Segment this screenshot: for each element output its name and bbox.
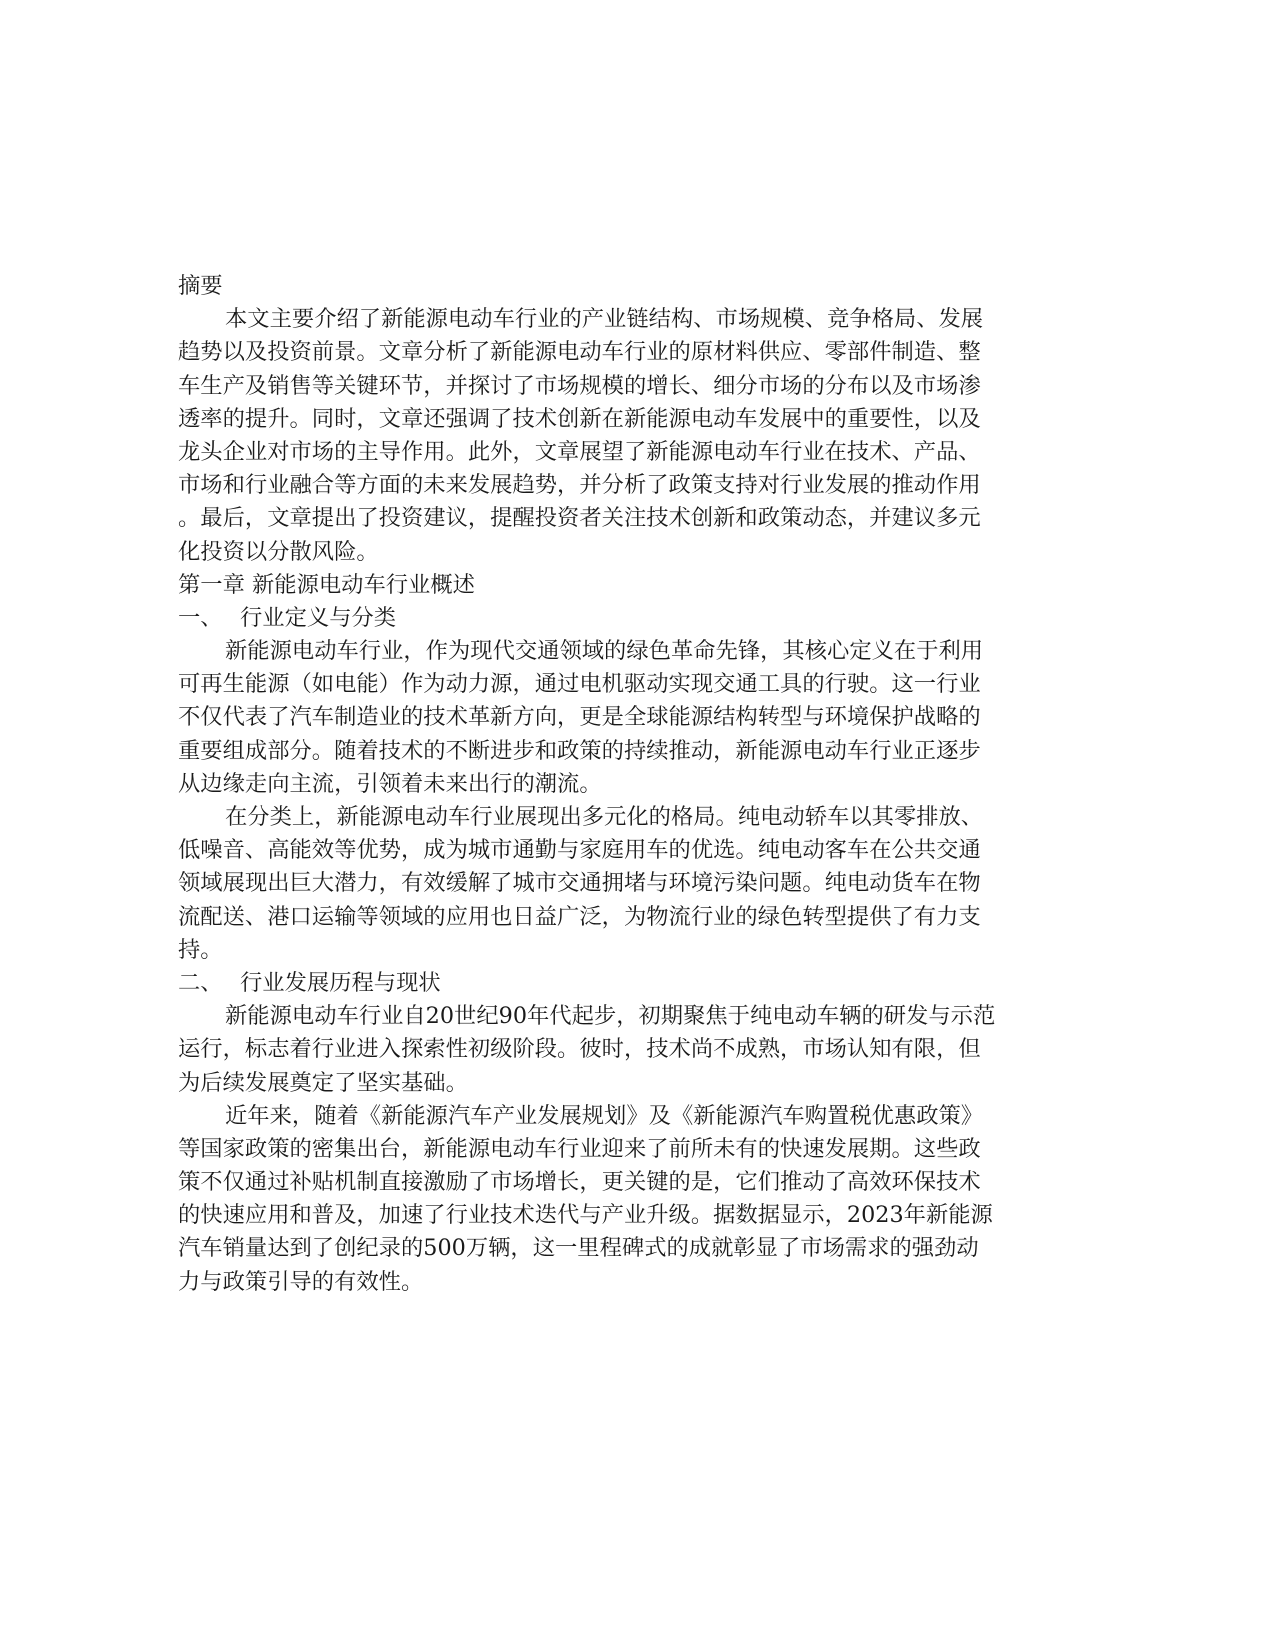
body-paragraph: 近年来，随着《新能源汽车产业发展规划》及《新能源汽车购置税优惠政策》 等国家政策… [178,1100,1038,1299]
text-line: 龙头企业对市场的主导作用。此外，文章展望了新能源电动车行业在技术、产品、 [178,436,1038,469]
text-line: 化投资以分散风险。 [178,536,1038,569]
body-paragraph: 新能源电动车行业自20世纪90年代起步，初期聚焦于纯电动车辆的研发与示范 运行，… [178,1000,1038,1100]
text-line: 车生产及销售等关键环节，并探讨了市场规模的增长、细分市场的分布以及市场渗 [178,370,1038,403]
text-line: 市场和行业融合等方面的未来发展趋势，并分析了政策支持对行业发展的推动作用 [178,469,1038,502]
text-line: 低噪音、高能效等优势，成为城市通勤与家庭用车的优选。纯电动客车在公共交通 [178,834,1038,867]
text-line: 运行，标志着行业进入探索性初级阶段。彼时，技术尚不成熟，市场认知有限，但 [178,1033,1038,1066]
text-line: 为后续发展奠定了坚实基础。 [178,1067,1038,1100]
text-line: 从边缘走向主流，引领着未来出行的潮流。 [178,768,1038,801]
text-line: 领域展现出巨大潜力，有效缓解了城市交通拥堵与环境污染问题。纯电动货车在物 [178,867,1038,900]
section-title: 行业定义与分类 [240,605,396,631]
section-title: 行业发展历程与现状 [240,970,441,996]
document-page: 摘要 本文主要介绍了新能源电动车行业的产业链结构、市场规模、竞争格局、发展 趋势… [178,270,1038,1299]
text-line: 近年来，随着《新能源汽车产业发展规划》及《新能源汽车购置税优惠政策》 [178,1100,1038,1133]
text-line: 新能源电动车行业，作为现代交通领域的绿色革命先锋，其核心定义在于利用 [178,635,1038,668]
section-number: 一、 [178,602,240,635]
text-line: 的快速应用和普及，加速了行业技术迭代与产业升级。据数据显示，2023年新能源 [178,1199,1038,1232]
section-heading: 二、行业发展历程与现状 [178,967,1038,1000]
text-line: 本文主要介绍了新能源电动车行业的产业链结构、市场规模、竞争格局、发展 [178,303,1038,336]
body-paragraph: 在分类上，新能源电动车行业展现出多元化的格局。纯电动轿车以其零排放、 低噪音、高… [178,801,1038,967]
text-line: 趋势以及投资前景。文章分析了新能源电动车行业的原材料供应、零部件制造、整 [178,336,1038,369]
text-line: 策不仅通过补贴机制直接激励了市场增长，更关键的是，它们推动了高效环保技术 [178,1166,1038,1199]
section-number: 二、 [178,967,240,1000]
text-line: 在分类上，新能源电动车行业展现出多元化的格局。纯电动轿车以其零排放、 [178,801,1038,834]
chapter-title: 第一章 新能源电动车行业概述 [178,569,1038,602]
text-line: 新能源电动车行业自20世纪90年代起步，初期聚焦于纯电动车辆的研发与示范 [178,1000,1038,1033]
text-line: 等国家政策的密集出台，新能源电动车行业迎来了前所未有的快速发展期。这些政 [178,1133,1038,1166]
text-line: 流配送、港口运输等领域的应用也日益广泛，为物流行业的绿色转型提供了有力支 [178,901,1038,934]
text-line: 汽车销量达到了创纪录的500万辆，这一里程碑式的成就彰显了市场需求的强劲动 [178,1232,1038,1265]
abstract-title: 摘要 [178,270,1038,303]
text-line: 力与政策引导的有效性。 [178,1266,1038,1299]
text-line: 可再生能源（如电能）作为动力源，通过电机驱动实现交通工具的行驶。这一行业 [178,668,1038,701]
abstract-paragraph: 本文主要介绍了新能源电动车行业的产业链结构、市场规模、竞争格局、发展 趋势以及投… [178,303,1038,569]
text-line: 透率的提升。同时，文章还强调了技术创新在新能源电动车发展中的重要性，以及 [178,403,1038,436]
body-paragraph: 新能源电动车行业，作为现代交通领域的绿色革命先锋，其核心定义在于利用 可再生能源… [178,635,1038,801]
text-line: 重要组成部分。随着技术的不断进步和政策的持续推动，新能源电动车行业正逐步 [178,735,1038,768]
text-line: 不仅代表了汽车制造业的技术革新方向，更是全球能源结构转型与环境保护战略的 [178,701,1038,734]
text-line: 。最后，文章提出了投资建议，提醒投资者关注技术创新和政策动态，并建议多元 [178,502,1038,535]
text-line: 持。 [178,934,1038,967]
section-heading: 一、行业定义与分类 [178,602,1038,635]
